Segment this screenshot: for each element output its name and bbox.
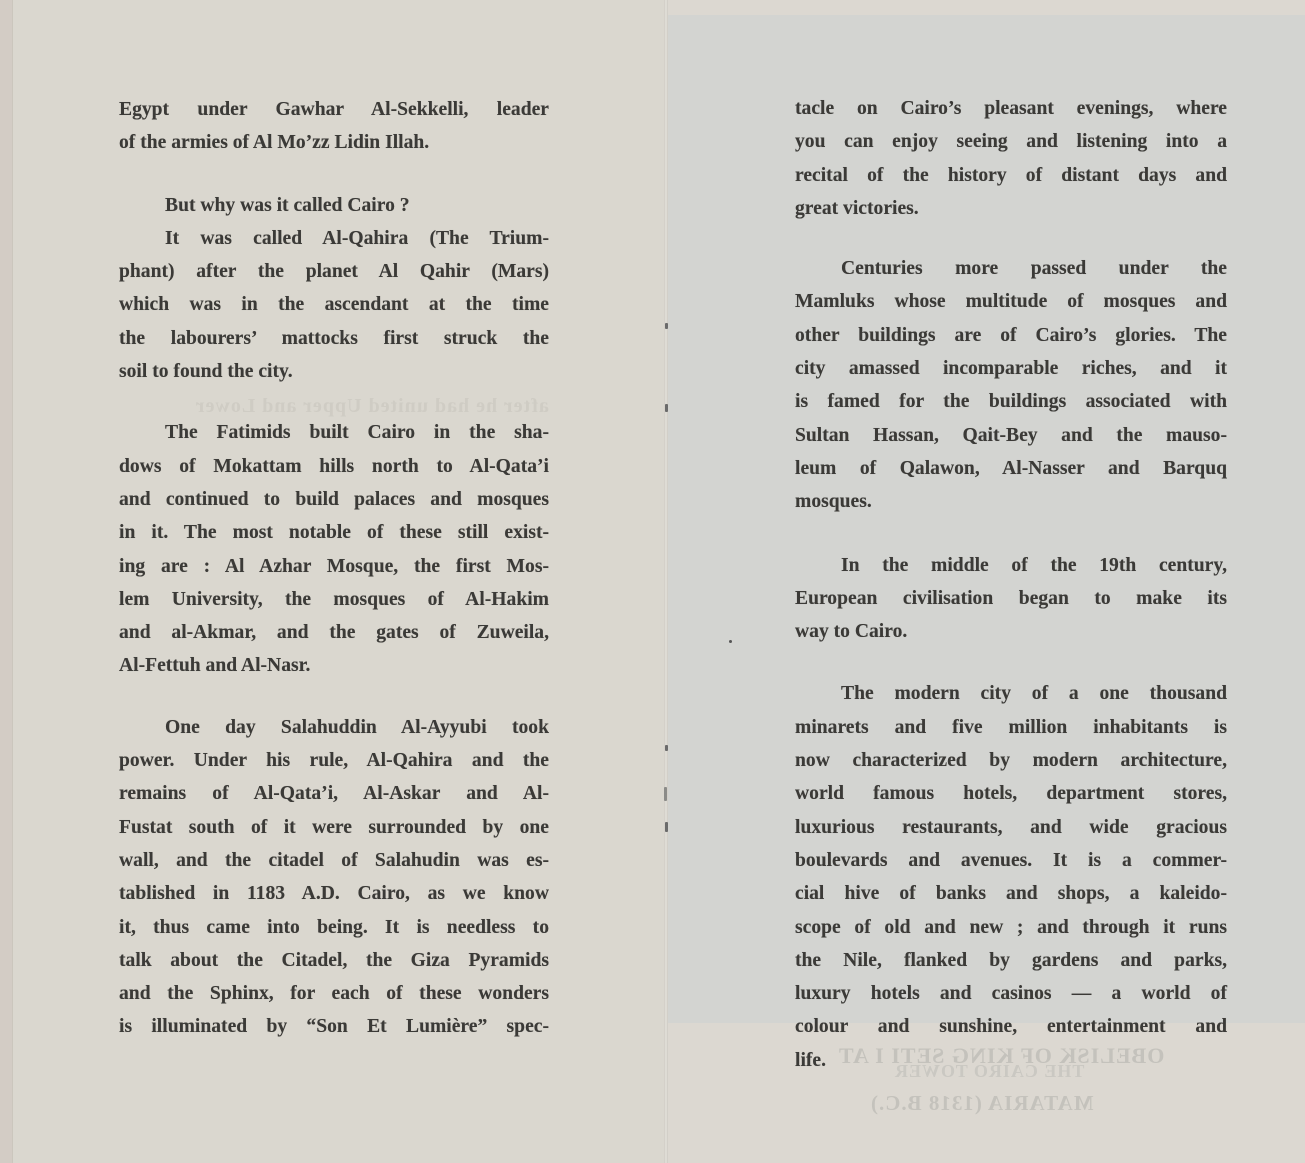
page-edge	[0, 0, 13, 1163]
text-line: and the Sphinx, for each of these wonder…	[119, 977, 549, 1010]
text-line: of the armies of Al Mo’zz Lidin Illah.	[119, 126, 549, 159]
text-line: life.	[795, 1044, 1227, 1077]
text-line: the Nile, flanked by gardens and parks,	[795, 944, 1227, 977]
text-line: It was called Al-Qahira (The Trium-	[119, 222, 549, 255]
text-line: boulevards and avenues. It is a commer-	[795, 844, 1227, 877]
text-line: wall, and the citadel of Salahudin was e…	[119, 844, 549, 877]
paragraph: It was called Al-Qahira (The Trium- phan…	[119, 222, 549, 388]
text-line: world famous hotels, department stores,	[795, 777, 1227, 810]
text-line: and continued to build palaces and mosqu…	[119, 483, 549, 516]
paragraph: In the middle of the 19th century, Europ…	[795, 549, 1227, 649]
paragraph: One day Salahuddin Al-Ayyubi took power.…	[119, 711, 549, 1044]
paragraph: Egypt under Gawhar Al-Sekkelli, leader o…	[119, 93, 549, 160]
text-line: tacle on Cairo’s pleasant evenings, wher…	[795, 92, 1227, 125]
text-line: tablished in 1183 A.D. Cairo, as we know	[119, 877, 549, 910]
text-line: One day Salahuddin Al-Ayyubi took	[119, 711, 549, 744]
text-line: Egypt under Gawhar Al-Sekkelli, leader	[119, 93, 549, 126]
text-line: ing are : Al Azhar Mosque, the first Mos…	[119, 550, 549, 583]
text-line: way to Cairo.	[795, 615, 1227, 648]
paragraph: The Fatimids built Cairo in the sha- dow…	[119, 416, 549, 682]
print-speck	[729, 640, 732, 643]
text-line: But why was it called Cairo ?	[119, 189, 549, 222]
text-line: Mamluks whose multitude of mosques and	[795, 285, 1227, 318]
paragraph: But why was it called Cairo ?	[119, 189, 549, 222]
text-line: Sultan Hassan, Qait-Bey and the mauso-	[795, 419, 1227, 452]
text-line: phant) after the planet Al Qahir (Mars)	[119, 255, 549, 288]
bleed-through-caption: MATARIA (1318 B.C.)	[870, 1093, 1094, 1114]
left-page: after he had united Upper and Lower Egyp…	[0, 0, 666, 1163]
text-line: Fustat south of it were surrounded by on…	[119, 811, 549, 844]
right-text-column: tacle on Cairo’s pleasant evenings, wher…	[795, 92, 1227, 1077]
text-line: remains of Al-Qata’i, Al-Askar and Al-	[119, 777, 549, 810]
text-line: it, thus came into being. It is needless…	[119, 911, 549, 944]
text-line: Centuries more passed under the	[795, 252, 1227, 285]
brochure-spread: after he had united Upper and Lower Egyp…	[0, 0, 1305, 1163]
text-line: in it. The most notable of these still e…	[119, 516, 549, 549]
left-text-column: Egypt under Gawhar Al-Sekkelli, leader o…	[119, 93, 549, 1044]
text-line: is illuminated by “Son Et Lumière” spec-	[119, 1010, 549, 1043]
text-line: leum of Qalawon, Al-Nasser and Barquq	[795, 452, 1227, 485]
text-line: luxurious restaurants, and wide gracious	[795, 811, 1227, 844]
text-line: The Fatimids built Cairo in the sha-	[119, 416, 549, 449]
paragraph: The modern city of a one thousand minare…	[795, 677, 1227, 1077]
text-line: great victories.	[795, 192, 1227, 225]
text-line: scope of old and new ; and through it ru…	[795, 911, 1227, 944]
text-line: city amassed incomparable riches, and it	[795, 352, 1227, 385]
binding-mark	[664, 787, 667, 801]
text-line: colour and sunshine, entertainment and	[795, 1010, 1227, 1043]
text-line: power. Under his rule, Al-Qahira and the	[119, 744, 549, 777]
text-line: In the middle of the 19th century,	[795, 549, 1227, 582]
text-line: lem University, the mosques of Al-Hakim	[119, 583, 549, 616]
text-line: is famed for the buildings associated wi…	[795, 385, 1227, 418]
paragraph: Centuries more passed under the Mamluks …	[795, 252, 1227, 518]
text-line: mosques.	[795, 485, 1227, 518]
text-line: talk about the Citadel, the Giza Pyramid…	[119, 944, 549, 977]
text-line: Al-Fettuh and Al-Nasr.	[119, 649, 549, 682]
text-line: recital of the history of distant days a…	[795, 159, 1227, 192]
text-line: which was in the ascendant at the time	[119, 288, 549, 321]
text-line: dows of Mokattam hills north to Al-Qata’…	[119, 450, 549, 483]
text-line: other buildings are of Cairo’s glories. …	[795, 319, 1227, 352]
paragraph: tacle on Cairo’s pleasant evenings, wher…	[795, 92, 1227, 225]
text-line: luxury hotels and casinos — a world of	[795, 977, 1227, 1010]
text-line: cial hive of banks and shops, a kaleido-	[795, 877, 1227, 910]
text-line: now characterized by modern architecture…	[795, 744, 1227, 777]
text-line: European civilisation began to make its	[795, 582, 1227, 615]
text-line: soil to found the city.	[119, 355, 549, 388]
text-line: minarets and five million inhabitants is	[795, 711, 1227, 744]
text-line: the labourers’ mattocks first struck the	[119, 322, 549, 355]
text-line: you can enjoy seeing and listening into …	[795, 125, 1227, 158]
text-line: The modern city of a one thousand	[795, 677, 1227, 710]
text-line: and al-Akmar, and the gates of Zuweila,	[119, 616, 549, 649]
